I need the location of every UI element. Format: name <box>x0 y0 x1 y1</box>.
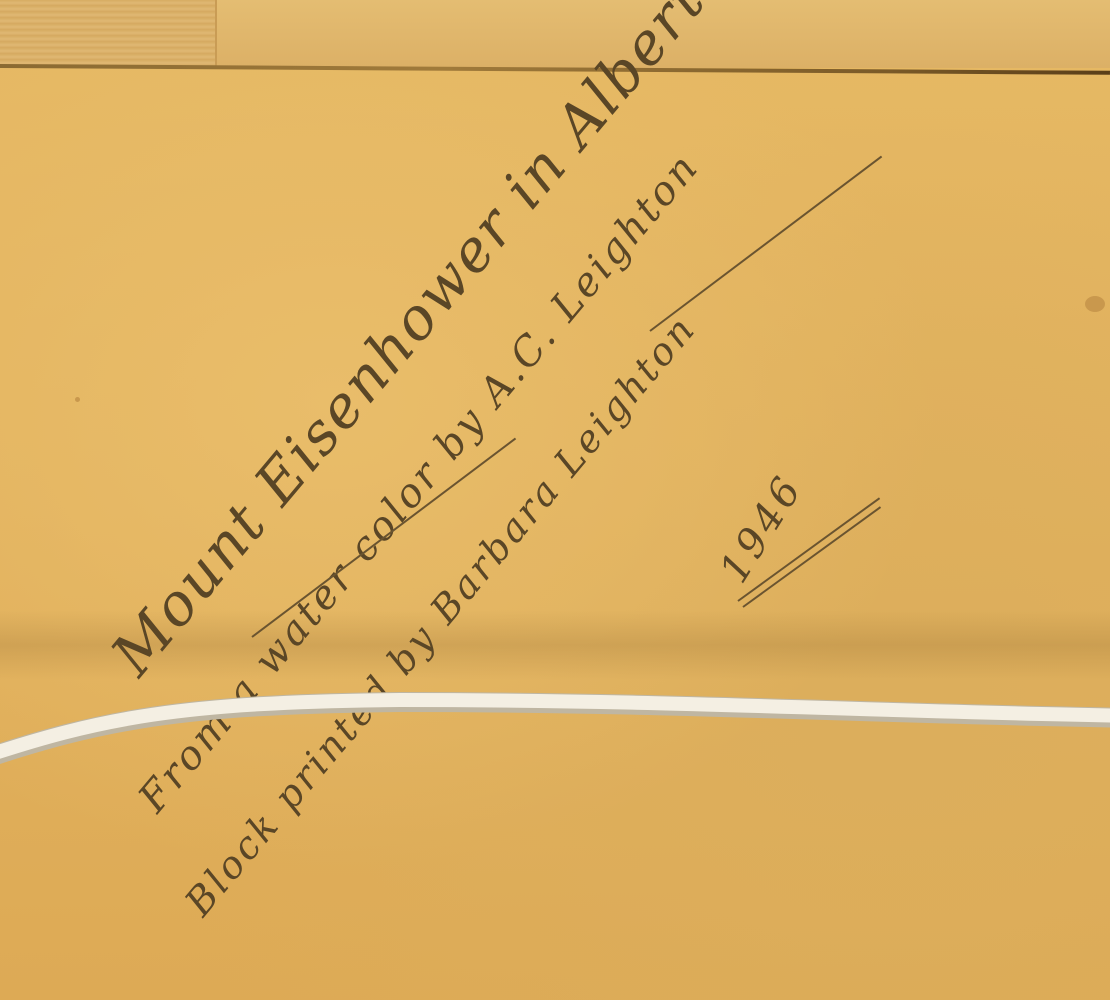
tape-piece <box>0 0 217 66</box>
paper-spot <box>1085 296 1105 312</box>
paper-spot <box>75 397 80 402</box>
hanging-wire <box>0 680 1110 770</box>
